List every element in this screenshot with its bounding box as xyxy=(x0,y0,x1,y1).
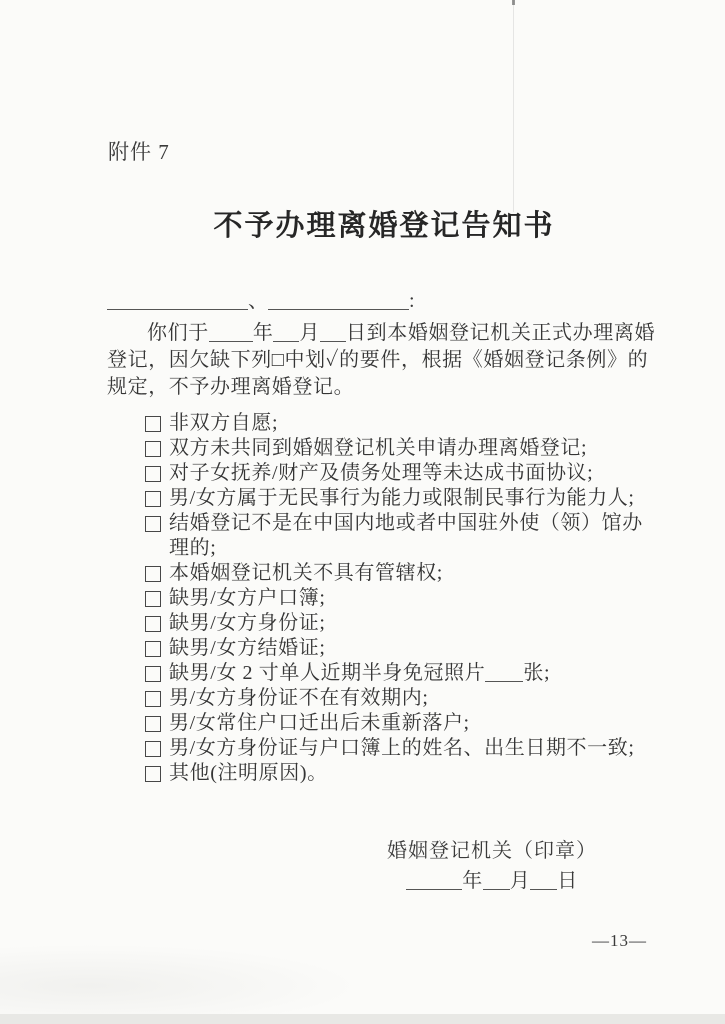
photo-count-field[interactable] xyxy=(485,663,523,682)
checklist-item-label: 缺男/女方户口簿; xyxy=(169,586,661,611)
checklist-item-label: 其他(注明原因)。 xyxy=(169,761,661,786)
checkbox-icon[interactable] xyxy=(145,766,161,782)
checkbox-icon[interactable] xyxy=(145,716,161,732)
checkbox-icon[interactable] xyxy=(145,516,161,532)
checklist-item: 男/女方身份证不在有效期内; xyxy=(145,686,661,711)
checklist-item: 缺男/女 2 寸单人近期半身免冠照片张; xyxy=(145,661,661,686)
checklist-item: 男/女常住户口迁出后未重新落户; xyxy=(145,711,661,736)
checkbox-icon[interactable] xyxy=(145,416,161,432)
checklist-item: 双方未共同到婚姻登记机关申请办理离婚登记; xyxy=(145,436,661,461)
day-label: 日 xyxy=(346,322,367,344)
scan-edge-band xyxy=(0,1014,725,1024)
checklist-item: 缺男/女方户口簿; xyxy=(145,586,661,611)
checkbox-icon[interactable] xyxy=(145,566,161,582)
signature-day-field[interactable] xyxy=(530,871,557,890)
checklist-item: 男/女方属于无民事行为能力或限制民事行为能力人; xyxy=(145,486,661,511)
checklist-item-label: 男/女方身份证不在有效期内; xyxy=(169,686,661,711)
checklist-item-label: 对子女抚养/财产及债务处理等未达成书面协议; xyxy=(169,461,661,486)
salutation-line: 、: xyxy=(107,284,415,313)
page-number: —13— xyxy=(592,931,647,951)
checkbox-icon[interactable] xyxy=(145,466,161,482)
intro-paragraph: 你们于年月日到本婚姻登记机关正式办理离婚登记，因欠缺下列□中划✓的要件，根据《婚… xyxy=(107,320,663,401)
authority-seal-line: 婚姻登记机关（印章） xyxy=(383,836,601,866)
checklist-item: 非双方自愿; xyxy=(145,411,661,436)
checklist-item-label: 男/女方属于无民事行为能力或限制民事行为能力人; xyxy=(169,486,661,511)
checkbox-icon[interactable] xyxy=(145,641,161,657)
checklist-item: 结婚登记不是在中国内地或者中国驻外使（领）馆办理的; xyxy=(145,511,661,561)
checklist-item: 对子女抚养/财产及债务处理等未达成书面协议; xyxy=(145,461,661,486)
checkbox-icon[interactable] xyxy=(145,616,161,632)
party1-name-field[interactable] xyxy=(107,291,248,310)
checklist-item-label: 双方未共同到婚姻登记机关申请办理离婚登记; xyxy=(169,436,661,461)
salutation-separator: 、 xyxy=(248,290,268,312)
checklist-item: 缺男/女方结婚证; xyxy=(145,636,661,661)
month-field[interactable] xyxy=(273,323,299,342)
checklist-item: 男/女方身份证与户口簿上的姓名、出生日期不一致; xyxy=(145,736,661,761)
checkbox-icon[interactable] xyxy=(145,691,161,707)
checklist-item-label: 结婚登记不是在中国内地或者中国驻外使（领）馆办理的; xyxy=(169,511,661,561)
signature-day-label: 日 xyxy=(557,870,578,892)
month-label: 月 xyxy=(299,322,320,344)
signature-month-field[interactable] xyxy=(483,871,510,890)
checklist-item: 其他(注明原因)。 xyxy=(145,761,661,786)
checklist-item-label: 男/女方身份证与户口簿上的姓名、出生日期不一致; xyxy=(169,736,661,761)
reason-checklist: 非双方自愿;双方未共同到婚姻登记机关申请办理离婚登记;对子女抚养/财产及债务处理… xyxy=(145,411,661,786)
signature-block: 婚姻登记机关（印章） 年月日 xyxy=(383,836,601,896)
scan-artifact-dot xyxy=(512,0,515,5)
page-title: 不予办理离婚登记告知书 xyxy=(107,203,661,244)
checklist-item-label: 非双方自愿; xyxy=(169,411,661,436)
attachment-label: 附件 7 xyxy=(108,136,170,166)
signature-year-label: 年 xyxy=(462,870,483,892)
checkbox-icon[interactable] xyxy=(145,591,161,607)
year-field[interactable] xyxy=(209,323,253,342)
checkbox-icon[interactable] xyxy=(145,666,161,682)
checkbox-icon[interactable] xyxy=(145,491,161,507)
checklist-item-label: 男/女常住户口迁出后未重新落户; xyxy=(169,711,661,736)
party2-name-field[interactable] xyxy=(268,291,409,310)
checklist-item-label: 缺男/女方结婚证; xyxy=(169,636,661,661)
scan-smudge xyxy=(0,944,360,1014)
checklist-item: 本婚姻登记机关不具有管辖权; xyxy=(145,561,661,586)
checkbox-icon[interactable] xyxy=(145,441,161,457)
signature-date-line: 年月日 xyxy=(383,866,601,896)
scanned-document-page: 附件 7 不予办理离婚登记告知书 、: 你们于年月日到本婚姻登记机关正式办理离婚… xyxy=(0,0,725,1024)
scan-fold-line xyxy=(513,0,514,212)
checklist-item-label: 缺男/女 2 寸单人近期半身免冠照片张; xyxy=(169,661,661,686)
checklist-item-label: 缺男/女方身份证; xyxy=(169,611,661,636)
signature-year-field[interactable] xyxy=(406,871,462,890)
signature-month-label: 月 xyxy=(510,870,531,892)
intro-text-start: 你们于 xyxy=(147,322,209,344)
checklist-item-label: 本婚姻登记机关不具有管辖权; xyxy=(169,561,661,586)
checklist-item: 缺男/女方身份证; xyxy=(145,611,661,636)
salutation-colon: : xyxy=(409,290,415,312)
year-label: 年 xyxy=(253,322,274,344)
checkbox-icon[interactable] xyxy=(145,741,161,757)
day-field[interactable] xyxy=(320,323,346,342)
